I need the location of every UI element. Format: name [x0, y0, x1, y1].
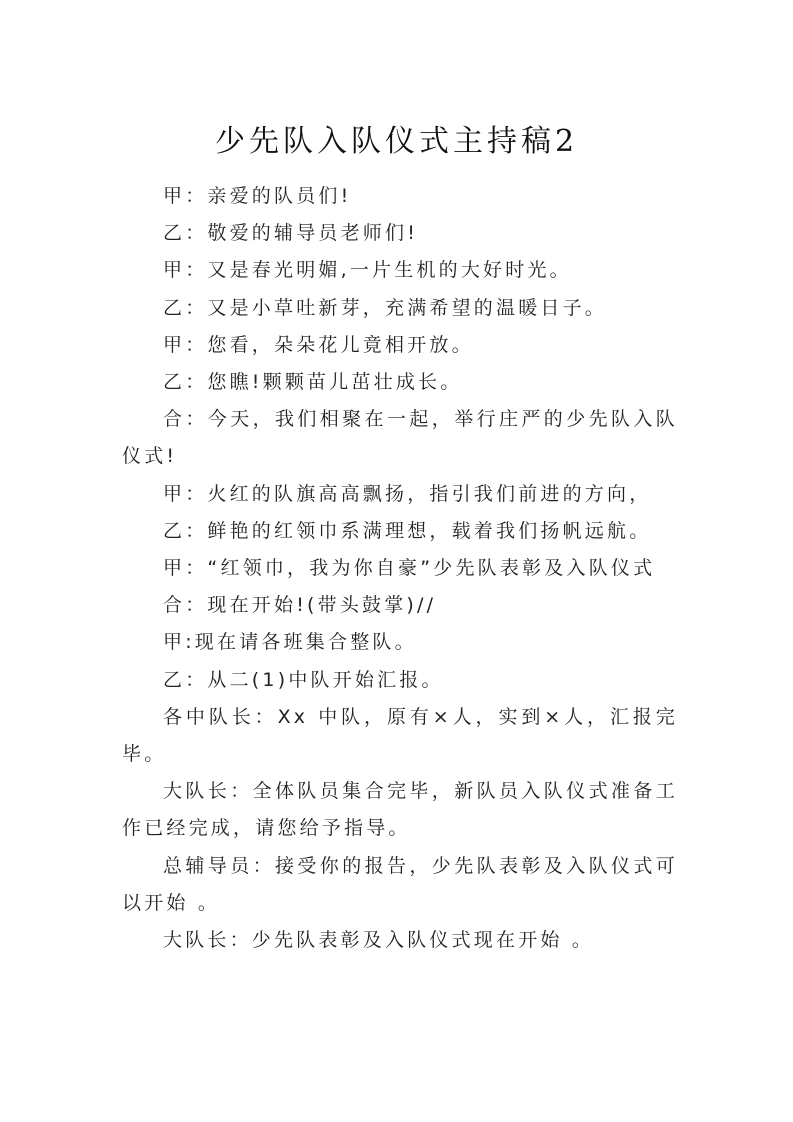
document-page: 少先队入队仪式主持稿2 甲：亲爱的队员们! 乙：敬爱的辅导员老师们! 甲：又是春…	[0, 0, 793, 1122]
paragraph: 甲：“红领巾，我为你自豪”少先队表彰及入队仪式	[122, 550, 678, 587]
paragraph: 甲：又是春光明媚,一片生机的大好时光。	[122, 252, 678, 289]
paragraph: 甲：火红的队旗高高飘扬，指引我们前进的方向，	[122, 476, 678, 513]
paragraph: 甲:现在请各班集合整队。	[122, 624, 678, 661]
paragraph: 乙：又是小草吐新芽，充满希望的温暖日子。	[122, 290, 678, 327]
paragraph: 大队长：少先队表彰及入队仪式现在开始 。	[122, 922, 678, 959]
paragraph: 乙：从二(1)中队开始汇报。	[122, 662, 678, 699]
paragraph: 甲：您看，朵朵花儿竟相开放。	[122, 327, 678, 364]
paragraph: 合：今天，我们相聚在一起，举行庄严的少先队入队仪式!	[122, 401, 678, 475]
paragraph: 乙：鲜艳的红领巾系满理想，载着我们扬帆远航。	[122, 513, 678, 550]
paragraph: 大队长：全体队员集合完毕，新队员入队仪式准备工作已经完成，请您给予指导。	[122, 773, 678, 847]
paragraph: 乙：敬爱的辅导员老师们!	[122, 215, 678, 252]
paragraph: 总辅导员：接受你的报告，少先队表彰及入队仪式可以开始 。	[122, 848, 678, 922]
paragraph: 甲：亲爱的队员们!	[122, 178, 678, 215]
paragraph: 乙：您瞧!颗颗苗儿茁壮成长。	[122, 364, 678, 401]
document-title: 少先队入队仪式主持稿2	[0, 120, 793, 164]
paragraph: 各中队长：Xx 中队，原有×人，实到×人，汇报完毕。	[122, 699, 678, 773]
document-body: 甲：亲爱的队员们! 乙：敬爱的辅导员老师们! 甲：又是春光明媚,一片生机的大好时…	[122, 178, 678, 959]
paragraph: 合：现在开始!(带头鼓掌)//	[122, 587, 678, 624]
